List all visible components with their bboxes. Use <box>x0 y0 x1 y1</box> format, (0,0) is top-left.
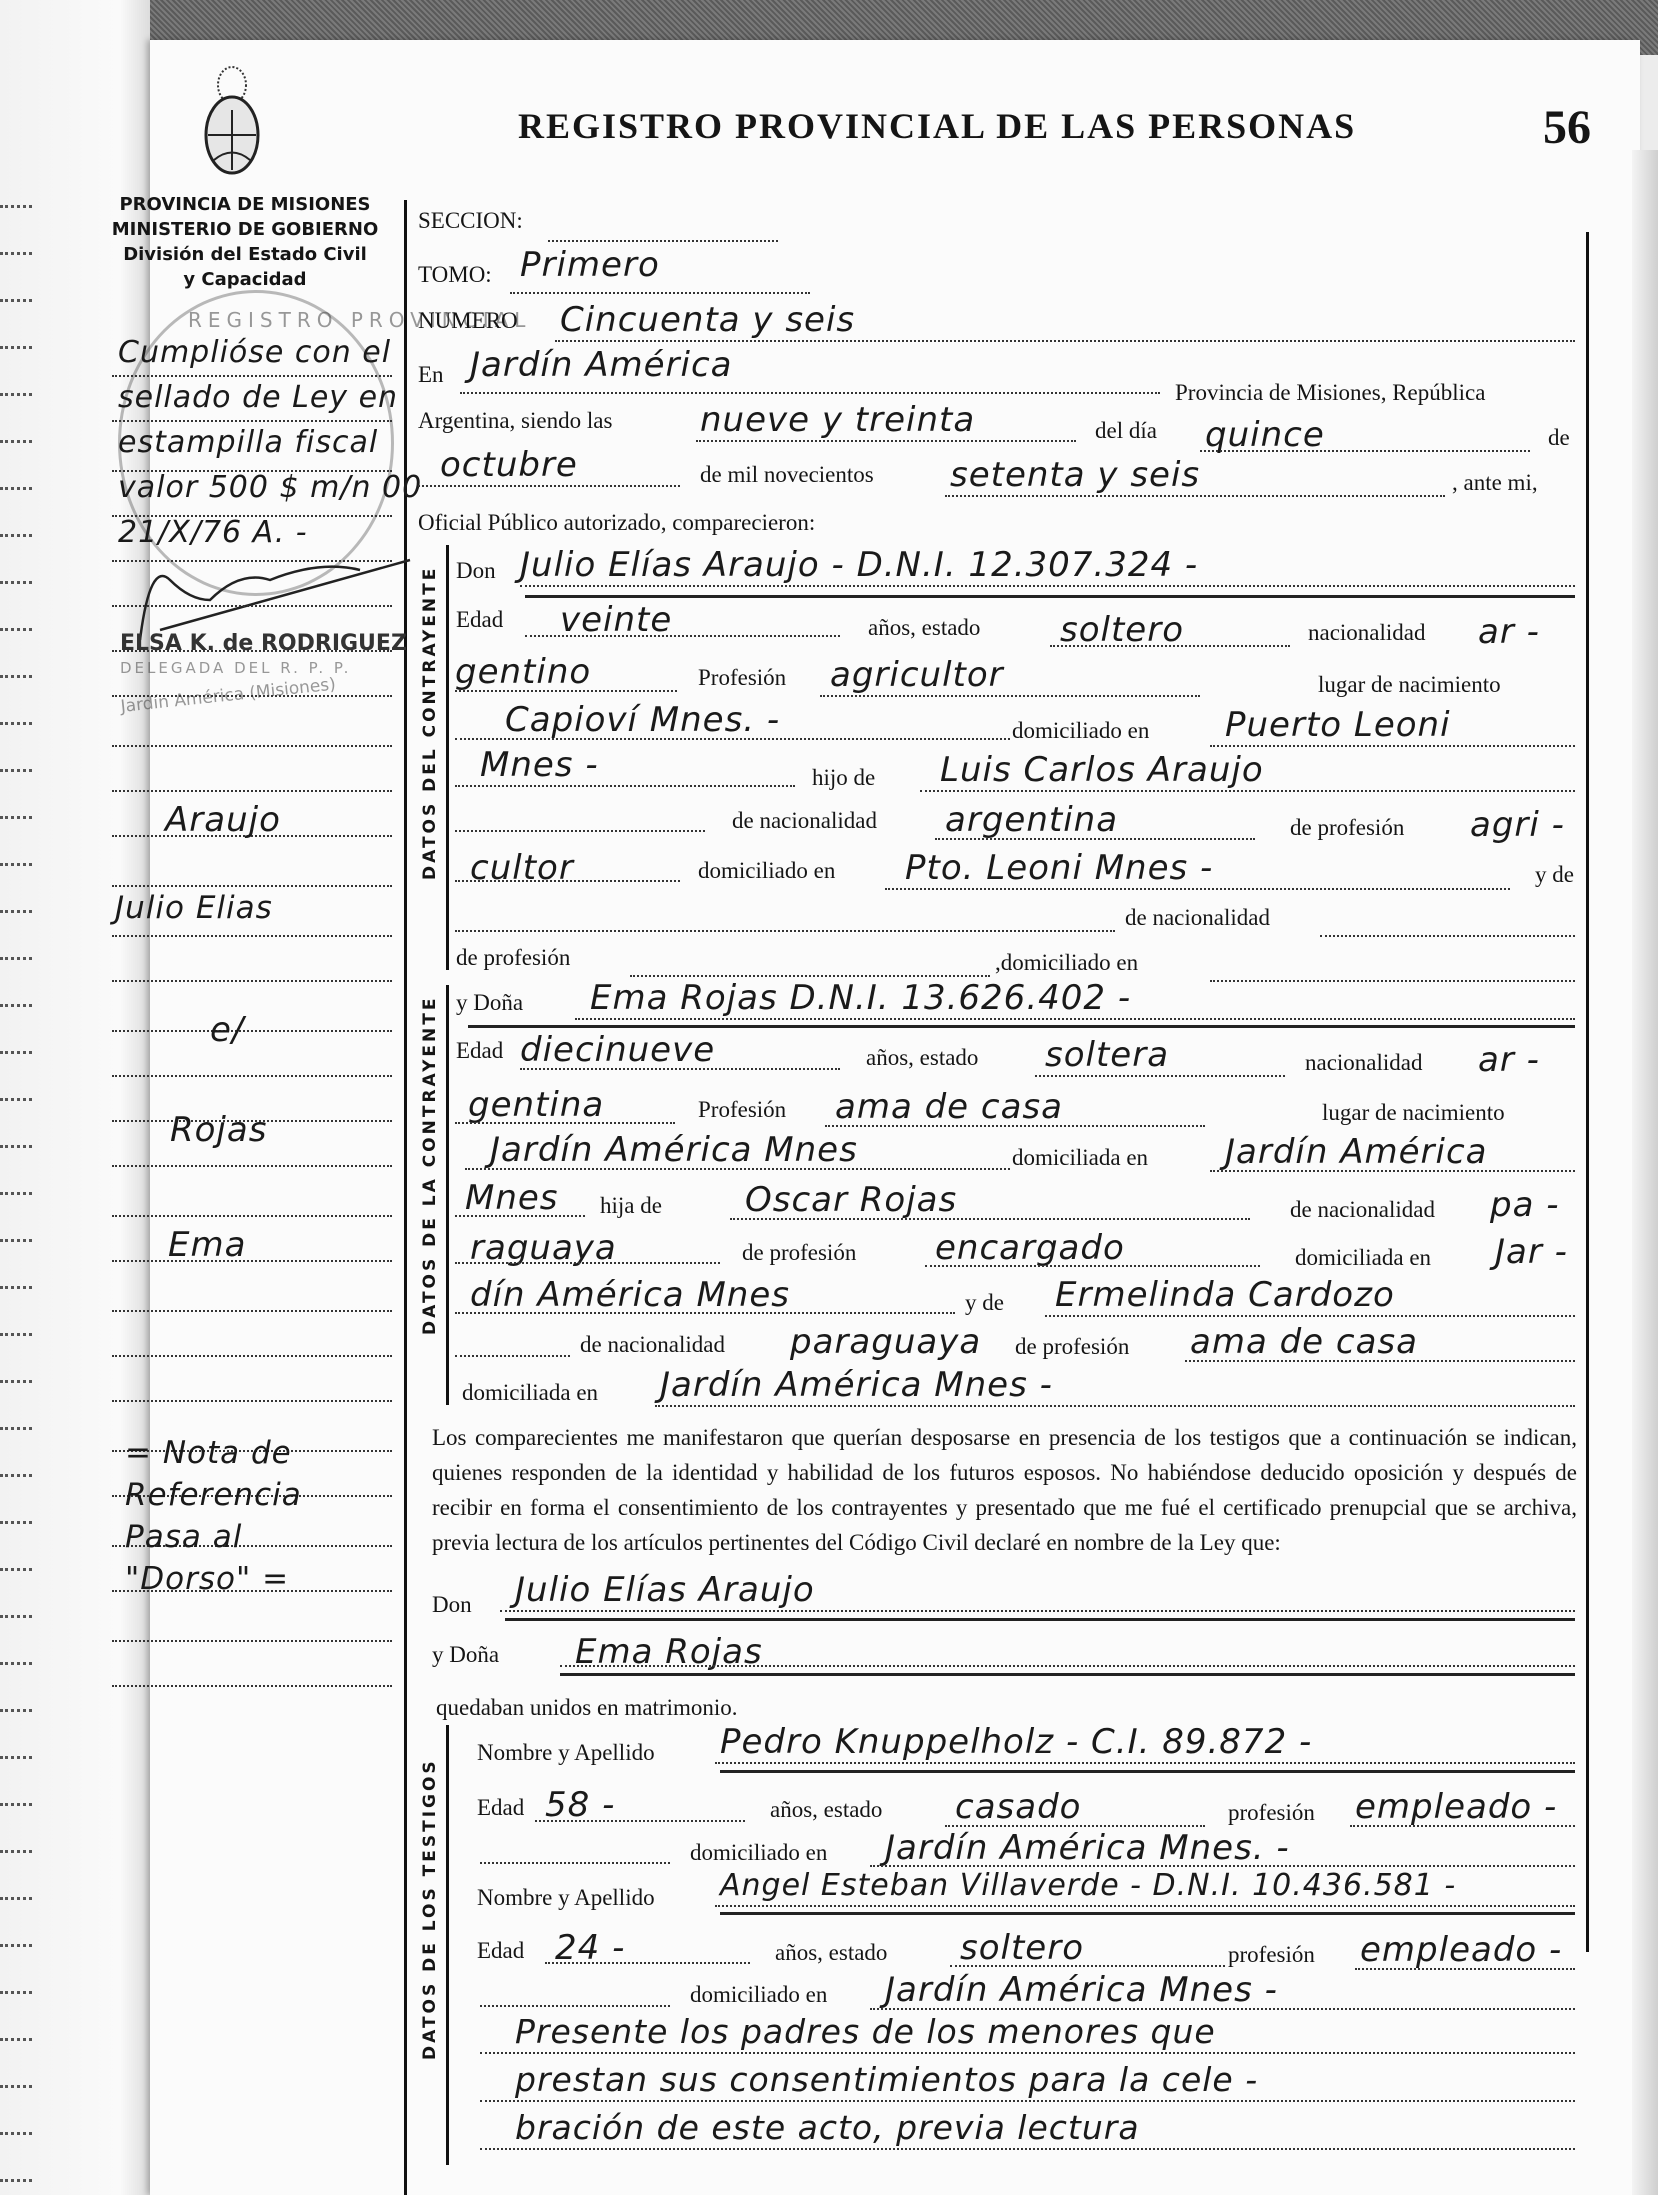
delegate-stamp: ELSA K. de RODRIGUEZ DELEGADA DEL R. P. … <box>120 632 407 704</box>
margin-dotted-line <box>112 1030 392 1032</box>
line <box>480 2100 1575 2102</box>
previous-page-dotted-line <box>0 722 32 725</box>
witness1-edad-label: Edad <box>477 1795 524 1821</box>
bride-mother[interactable]: Ermelinda Cardozo <box>1055 1275 1395 1315</box>
bride-nationality-2[interactable]: gentina <box>468 1085 604 1125</box>
line <box>480 2005 670 2007</box>
margin-dotted-line <box>112 790 392 792</box>
line <box>455 830 705 832</box>
margin-dotted-line <box>112 885 392 887</box>
margin-dotted-line <box>112 980 392 982</box>
contrayente-section-label: DATOS DEL CONTRAYENTE <box>420 566 440 880</box>
line <box>545 1962 750 1964</box>
bride-marital-status[interactable]: soltera <box>1045 1035 1169 1075</box>
groom-nationality-2[interactable]: gentino <box>455 652 591 692</box>
anio-value[interactable]: setenta y seis <box>950 455 1200 495</box>
line <box>1035 1075 1285 1077</box>
witness2-edad-label: Edad <box>477 1938 524 1964</box>
previous-page-dotted-line <box>0 2179 32 2182</box>
tomo-value[interactable]: Primero <box>520 245 660 285</box>
testigos-bracket <box>446 1725 449 2165</box>
dona-label: y Doña <box>456 990 523 1016</box>
line <box>715 1762 1575 1764</box>
previous-page-dotted-line <box>0 1098 32 1101</box>
dia-line <box>1200 450 1530 452</box>
previous-page-dotted-line <box>0 581 32 584</box>
previous-page-dotted-line <box>0 863 32 866</box>
margin-dotted-line <box>112 560 392 562</box>
line <box>560 1665 1575 1667</box>
groom-father-address[interactable]: Pto. Leoni Mnes - <box>905 848 1213 888</box>
de-label: de <box>1548 425 1570 451</box>
bride-address-2[interactable]: Mnes <box>465 1178 559 1218</box>
witness2-profession[interactable]: empleado - <box>1360 1930 1562 1970</box>
margin-dotted-line <box>112 1640 392 1642</box>
line <box>1045 1315 1575 1317</box>
don-label: Don <box>456 558 496 584</box>
witness1-age[interactable]: 58 - <box>545 1785 615 1825</box>
rule <box>720 1770 1575 1773</box>
contrayenta-section-label: DATOS DE LA CONTRAYENTE <box>420 996 440 1335</box>
previous-page-dotted-line <box>0 205 32 208</box>
line <box>455 880 680 882</box>
bride-profession[interactable]: ama de casa <box>835 1087 1063 1127</box>
bride-mother-profession[interactable]: ama de casa <box>1190 1322 1418 1362</box>
margin-dotted-line <box>112 695 392 697</box>
witness1-domiciliado-label: domiciliado en <box>690 1840 827 1866</box>
previous-page-dotted-line <box>0 1333 32 1336</box>
line <box>455 1312 955 1314</box>
margin-dotted-line <box>112 375 392 377</box>
right-frame-line <box>1586 232 1589 1952</box>
groom-profession[interactable]: agricultor <box>830 655 1004 695</box>
tomo-line <box>510 292 810 294</box>
argentina-text: Argentina, siendo las <box>418 408 612 434</box>
previous-page-dotted-line <box>0 440 32 443</box>
margin-conjunction: e/ <box>210 1010 244 1050</box>
margin-dotted-line <box>112 1260 392 1262</box>
line <box>820 695 1200 697</box>
mes-value[interactable]: octubre <box>440 445 578 485</box>
previous-page-dotted-line <box>0 2132 32 2135</box>
previous-page-dotted-line <box>0 1944 32 1947</box>
line <box>455 1355 570 1357</box>
line <box>655 1405 1575 1407</box>
margin-given-bride: Ema <box>168 1225 246 1265</box>
domiciliado-label: ,domiciliado en <box>995 950 1138 976</box>
declaration-paragraph: Los comparecientes me manifestaron que q… <box>432 1420 1577 1560</box>
line <box>1350 1825 1575 1827</box>
previous-page-dotted-line <box>0 346 32 349</box>
previous-page-dotted-line <box>0 1380 32 1383</box>
provincia-text: Provincia de Misiones, República <box>1175 380 1485 406</box>
margin-surname-groom: Araujo <box>165 800 281 840</box>
line <box>920 790 1575 792</box>
previous-page-dotted-line <box>0 252 32 255</box>
line <box>455 1215 585 1217</box>
en-value[interactable]: Jardín América <box>470 345 732 385</box>
previous-page-dotted-line <box>0 299 32 302</box>
mil-label: de mil novecientos <box>700 462 874 488</box>
de-nacionalidad-label: de nacionalidad <box>1290 1197 1435 1223</box>
previous-page-dotted-line <box>0 628 32 631</box>
previous-page-dotted-line <box>0 1709 32 1712</box>
previous-page-dotted-line <box>0 1427 32 1430</box>
previous-page-dotted-line <box>0 1803 32 1806</box>
margin-annotation: Cumplióse con el sellado de Ley en estam… <box>118 330 422 555</box>
previous-page-dotted-line <box>0 1756 32 1759</box>
note-line: Referencia <box>125 1474 302 1516</box>
line <box>885 888 1510 890</box>
groom-name-rule <box>525 595 1575 598</box>
domiciliado-label: domiciliado en <box>1012 718 1149 744</box>
bride-name-rule <box>468 1025 1575 1028</box>
groom-father-profession-1[interactable]: agri - <box>1470 805 1565 845</box>
witness2-domiciliado-label: domiciliado en <box>690 1982 827 2008</box>
previous-page-dotted-line <box>0 1145 32 1148</box>
groom-name-line <box>520 585 1575 587</box>
numero-line <box>555 340 1575 342</box>
margin-dotted-line <box>112 1165 392 1167</box>
previous-page-dotted-line <box>0 1897 32 1900</box>
groom-birthplace[interactable]: Capioví Mnes. - <box>505 700 780 740</box>
line <box>1355 1968 1575 1970</box>
margin-surname-bride: Rojas <box>170 1110 267 1150</box>
numero-label: NUMERO <box>418 308 518 334</box>
annotation-line: Cumplióse con el <box>118 330 422 375</box>
line <box>1210 745 1575 747</box>
note-line: Pasa al <box>125 1516 302 1558</box>
line <box>870 2008 1575 2010</box>
hora-line <box>696 440 1076 442</box>
bride-nationality-1[interactable]: ar - <box>1478 1040 1540 1080</box>
margin-dotted-line <box>112 745 392 747</box>
bride-name-line <box>575 1018 1575 1020</box>
previous-page-dotted-line <box>0 769 32 772</box>
bride-mother-nationality[interactable]: paraguaya <box>790 1322 981 1362</box>
line <box>455 1122 675 1124</box>
domiciliada-label: domiciliada en <box>1295 1245 1431 1271</box>
groom-father[interactable]: Luis Carlos Araujo <box>940 750 1264 790</box>
decl-closing: quedaban unidos en matrimonio. <box>436 1695 738 1721</box>
line <box>480 1862 670 1864</box>
groom-mother-field[interactable] <box>455 930 1115 932</box>
testigos-section-label: DATOS DE LOS TESTIGOS <box>420 1758 440 2060</box>
previous-page-dotted-line <box>0 957 32 960</box>
de-profesion-label: de profesión <box>742 1240 856 1266</box>
line <box>525 635 840 637</box>
de-profesion-label: de profesión <box>1290 815 1404 841</box>
witness1-name[interactable]: Pedro Knuppelholz - C.I. 89.872 - <box>720 1722 1312 1762</box>
bride-father-profession[interactable]: encargado <box>935 1228 1125 1268</box>
profesion-label: Profesión <box>698 665 786 691</box>
office-province: PROVINCIA DE MISIONES <box>110 192 380 217</box>
groom-father-profession-2[interactable]: cultor <box>470 848 574 888</box>
groom-name[interactable]: Julio Elías Araujo - D.N.I. 12.307.324 - <box>520 545 1198 585</box>
witness2-profesion-label: profesión <box>1228 1942 1315 1968</box>
hora-value[interactable]: nueve y treinta <box>700 400 975 440</box>
bride-mother-address[interactable]: Jardín América Mnes - <box>660 1365 1053 1405</box>
line <box>480 2052 1575 2054</box>
groom-address-2[interactable]: Mnes - <box>480 745 599 785</box>
line <box>950 1965 1225 1967</box>
page-stack-edge <box>1632 150 1658 2195</box>
contrayenta-bracket <box>446 985 449 1405</box>
seccion-field[interactable] <box>548 240 778 242</box>
line <box>925 1265 1260 1267</box>
hijo-label: hijo de <box>812 765 875 791</box>
line <box>455 785 795 787</box>
edad-label: Edad <box>456 607 503 633</box>
line <box>1210 1170 1575 1172</box>
line <box>455 1262 720 1264</box>
decl-don-label: Don <box>432 1592 472 1618</box>
argentine-coat-of-arms-icon <box>200 60 264 185</box>
previous-page-dotted-line <box>0 1051 32 1054</box>
witness-note-line-1: Presente los padres de los menores que <box>515 2012 1216 2051</box>
witness1-marital-status[interactable]: casado <box>955 1787 1081 1827</box>
line <box>455 690 677 692</box>
previous-page-dotted-line <box>0 534 32 537</box>
margin-dotted-line <box>112 605 392 607</box>
line <box>825 1125 1205 1127</box>
bride-father[interactable]: Oscar Rojas <box>745 1180 957 1220</box>
domiciliado-label: domiciliado en <box>698 858 835 884</box>
profesion-label: Profesión <box>698 1097 786 1123</box>
office-division-2: y Capacidad <box>110 267 380 292</box>
margin-dotted-line <box>112 650 392 652</box>
witness2-marital-status[interactable]: soltero <box>960 1928 1084 1968</box>
anios-label: años, estado <box>868 615 980 641</box>
rule <box>505 1618 1575 1621</box>
line <box>465 1168 1010 1170</box>
document-title: REGISTRO PROVINCIAL DE LAS PERSONAS <box>518 105 1356 147</box>
de-profesion-label: de profesión <box>1015 1334 1129 1360</box>
previous-page-dotted-line <box>0 1474 32 1477</box>
line <box>455 738 1010 740</box>
office-division: División del Estado Civil <box>110 242 380 267</box>
margin-given-groom: Julio Elias <box>115 890 273 926</box>
margin-dotted-line <box>112 1685 392 1687</box>
annotation-line: estampilla fiscal <box>118 420 422 465</box>
line <box>500 1610 1575 1612</box>
del-dia-label: del día <box>1095 418 1157 444</box>
groom-mother-profession-field[interactable] <box>630 975 990 977</box>
margin-dotted-line <box>112 1215 392 1217</box>
y-de-label: y de <box>965 1290 1004 1316</box>
groom-nationality-1[interactable]: ar - <box>1478 612 1540 652</box>
witness2-name[interactable]: Angel Esteban Villaverde - D.N.I. 10.436… <box>720 1868 1456 1903</box>
line <box>945 1825 1205 1827</box>
witness1-nombre-label: Nombre y Apellido <box>477 1740 655 1766</box>
groom-mother-address-field[interactable] <box>1210 980 1575 982</box>
decl-groom-name[interactable]: Julio Elías Araujo <box>515 1570 815 1610</box>
witness-note-line-3: bración de este acto, previa lectura <box>515 2108 1140 2147</box>
groom-mother-nationality-field[interactable] <box>1320 935 1575 937</box>
bride-father-address-2[interactable]: dín América Mnes <box>470 1275 790 1315</box>
margin-dotted-line <box>112 515 392 517</box>
previous-page-dotted-line <box>0 910 32 913</box>
previous-page-dotted-line <box>0 1239 32 1242</box>
line <box>870 1865 1575 1867</box>
previous-page-dotted-line <box>0 1991 32 1994</box>
note-line: "Dorso" = <box>125 1558 302 1600</box>
witness1-profesion-label: profesión <box>1228 1800 1315 1826</box>
ante-mi-label: , ante mi, <box>1452 470 1538 496</box>
previous-page-dotted-line <box>0 675 32 678</box>
lugar-label: lugar de nacimiento <box>1322 1100 1505 1126</box>
line <box>480 2148 1575 2150</box>
anio-line <box>945 495 1445 497</box>
office-ministry: MINISTERIO DE GOBIERNO <box>110 217 380 242</box>
previous-page-dotted-line <box>0 1286 32 1289</box>
numero-value[interactable]: Cincuenta y seis <box>560 300 855 340</box>
previous-page-dotted-line <box>0 393 32 396</box>
domiciliada-label: domiciliada en <box>462 1380 598 1406</box>
margin-dotted-line <box>112 1310 392 1312</box>
annotation-line: sellado de Ley en <box>118 375 422 420</box>
tomo-label: TOMO: <box>418 262 492 288</box>
bride-birthplace[interactable]: Jardín América Mnes <box>490 1130 858 1170</box>
margin-dotted-line <box>112 1400 392 1402</box>
de-profesion-label: de profesión <box>456 945 570 971</box>
line <box>730 1218 1250 1220</box>
line <box>715 1905 1575 1907</box>
previous-page-dotted-line <box>0 1192 32 1195</box>
lugar-label: lugar de nacimiento <box>1318 672 1501 698</box>
previous-page-dotted-line <box>0 816 32 819</box>
margin-dotted-line <box>112 1355 392 1357</box>
contrayente-bracket <box>446 545 449 970</box>
note-line: = Nota de <box>125 1432 302 1474</box>
bride-name[interactable]: Ema Rojas D.N.I. 13.626.402 - <box>590 978 1131 1018</box>
en-label: En <box>418 362 444 388</box>
edad-label: Edad <box>456 1038 503 1064</box>
issuing-office: PROVINCIA DE MISIONES MINISTERIO DE GOBI… <box>110 192 380 292</box>
groom-address-1[interactable]: Puerto Leoni <box>1225 705 1451 745</box>
domiciliada-label: domiciliada en <box>1012 1145 1148 1171</box>
bride-father-address-1[interactable]: Jar - <box>1495 1232 1568 1272</box>
previous-page-dotted-line <box>0 1004 32 1007</box>
previous-page-dotted-line <box>0 487 32 490</box>
witness-note-line-2: prestan sus consentimientos para la cele… <box>515 2060 1258 2099</box>
previous-page-dotted-line <box>0 2038 32 2041</box>
previous-page-dotted-line <box>0 1568 32 1571</box>
line <box>520 1068 840 1070</box>
margin-dotted-line <box>112 935 392 937</box>
de-nacionalidad-label: de nacionalidad <box>1125 905 1270 931</box>
en-line <box>460 392 1160 394</box>
nacionalidad-label: nacionalidad <box>1305 1050 1423 1076</box>
oficial-text: Oficial Público autorizado, compareciero… <box>418 510 815 536</box>
witness1-anios-label: años, estado <box>770 1797 882 1823</box>
previous-page-dotted-line <box>0 1615 32 1618</box>
dia-value[interactable]: quince <box>1205 415 1325 455</box>
witness2-anios-label: años, estado <box>775 1940 887 1966</box>
margin-dotted-line <box>112 470 392 472</box>
line <box>1185 1360 1575 1362</box>
y-de-label: y de <box>1535 862 1574 888</box>
de-nacionalidad-label: de nacionalidad <box>580 1332 725 1358</box>
witness1-address[interactable]: Jardín América Mnes. - <box>885 1828 1290 1868</box>
de-nacionalidad-label: de nacionalidad <box>732 808 877 834</box>
groom-father-nationality[interactable]: argentina <box>945 800 1118 840</box>
nacionalidad-label: nacionalidad <box>1308 620 1426 646</box>
witness1-profession[interactable]: empleado - <box>1355 1787 1557 1827</box>
previous-page-dotted-line <box>0 1850 32 1853</box>
mes-line <box>418 485 680 487</box>
rule <box>720 1912 1575 1915</box>
margin-note: = Nota de Referencia Pasa al "Dorso" = <box>125 1432 302 1600</box>
witness2-nombre-label: Nombre y Apellido <box>477 1885 655 1911</box>
line <box>935 838 1255 840</box>
previous-page-dotted-line <box>0 1662 32 1665</box>
bride-address-1[interactable]: Jardín América <box>1225 1132 1487 1172</box>
line <box>535 1820 745 1822</box>
margin-dotted-line <box>112 1075 392 1077</box>
delegate-name: ELSA K. de RODRIGUEZ <box>120 632 407 656</box>
margin-dotted-line <box>112 420 392 422</box>
hija-label: hija de <box>600 1193 662 1219</box>
seccion-label: SECCION: <box>418 208 523 234</box>
previous-page-dotted-line <box>0 2085 32 2088</box>
anios-label: años, estado <box>866 1045 978 1071</box>
line <box>1050 645 1290 647</box>
bride-age[interactable]: diecinueve <box>520 1030 715 1070</box>
page-number: 56 <box>1543 100 1591 155</box>
groom-marital-status[interactable]: soltero <box>1060 610 1184 650</box>
rule <box>560 1673 1575 1676</box>
previous-page-dotted-line <box>0 1521 32 1524</box>
bride-father-nationality-1[interactable]: pa - <box>1490 1185 1560 1225</box>
decl-dona-label: y Doña <box>432 1642 499 1668</box>
witness2-address[interactable]: Jardín América Mnes - <box>885 1970 1278 2010</box>
groom-age[interactable]: veinte <box>560 600 672 640</box>
